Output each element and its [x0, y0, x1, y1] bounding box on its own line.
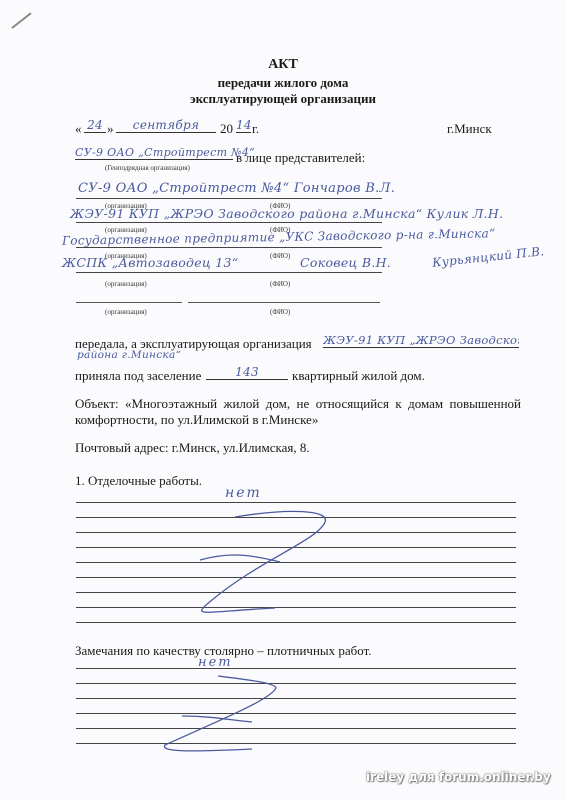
date-day-field: 24 [84, 118, 106, 133]
representative-5-fio-line [188, 302, 380, 303]
representative-4-fio-field: Соковец В.Н. [300, 255, 391, 270]
watermark: ireley для forum.onliner.by [366, 770, 551, 784]
date-open-quote: « [75, 121, 82, 137]
representative-4-line [76, 272, 382, 273]
city-label: г.Минск [447, 121, 492, 137]
representatives-label: в лице представителей: [236, 150, 365, 166]
accepted-suffix: квартирный жилой дом. [292, 368, 425, 384]
postal-address: Почтовый адрес: г.Минск, ул.Илимская, 8. [75, 440, 310, 456]
representative-1-field: СУ-9 ОАО „Стройтрест №4“ Гончаров В.Л. [78, 181, 395, 196]
section-finishing-heading: 1. Отделочные работы. [75, 473, 202, 489]
corner-pencil-mark [11, 12, 31, 28]
representative-3-fio-caption: (ФИО) [270, 252, 290, 260]
date-year-unit: г. [252, 121, 259, 137]
document-subtitle-1: передачи жилого дома [0, 75, 566, 91]
date-year-field: 14 [236, 118, 251, 133]
representative-2-field: ЖЭУ-91 КУП „ЖРЭО Заводского района г.Мин… [70, 206, 503, 221]
object-description: Объект: «Многоэтажный жилой дом, не отно… [75, 396, 521, 428]
representative-5-org-line [76, 302, 182, 303]
document-subtitle-2: эксплуатирующей организации [0, 91, 566, 107]
general-contractor-field: СУ-9 ОАО „Стройтрест №4“ [75, 146, 233, 160]
representative-3-line [76, 247, 382, 248]
accepted-prefix: приняла под заселение [75, 368, 201, 384]
representative-3-fio-field: Курьянцкий П.В. [432, 244, 545, 270]
representative-5-fio-caption: (ФИО) [270, 308, 290, 316]
representative-4-field: ЖСПК „Автозаводец 13“ [62, 255, 238, 270]
general-contractor-caption: (Генподрядная организация) [105, 164, 190, 172]
representative-1-line [76, 198, 382, 199]
representative-2-line [76, 222, 382, 223]
operating-org-field: ЖЭУ-91 КУП „ЖРЭО Заводского [323, 333, 519, 348]
date-close-quote: » [107, 121, 114, 137]
operating-org-field-line2: района г.Минска“ [77, 349, 181, 361]
document-title: АКТ [0, 57, 566, 73]
representative-4-org-caption: (организация) [105, 280, 147, 288]
apartments-count-field: 143 [206, 365, 288, 380]
representative-5-org-caption: (организация) [105, 308, 147, 316]
date-year-prefix: 20 [220, 121, 233, 137]
section-finishing-note: нет [225, 485, 262, 501]
date-month-field: сентября [116, 118, 216, 133]
representative-4-fio-caption: (ФИО) [270, 280, 290, 288]
